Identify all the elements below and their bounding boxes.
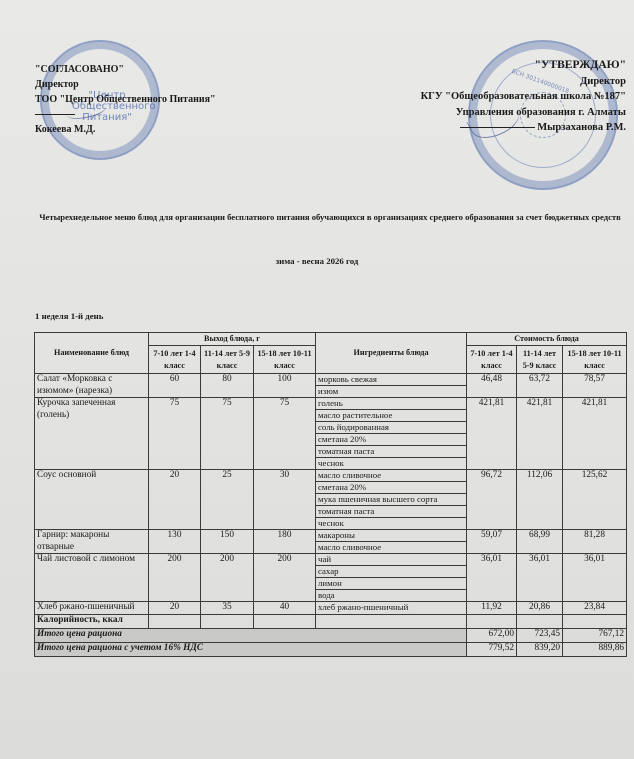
- dish-cost: 68,99: [517, 530, 563, 554]
- dish-cost: 421,81: [517, 398, 563, 470]
- dish-yield: 100: [254, 374, 316, 398]
- approval-approved-block: "УТВЕРЖДАЮ" Директор КГУ "Общеобразовате…: [421, 58, 626, 136]
- total-value: 839,20: [517, 642, 563, 656]
- approved-heading: "УТВЕРЖДАЮ": [421, 58, 626, 74]
- total-row: Итого цена рациона с учетом 16% НДС779,5…: [35, 642, 627, 656]
- total-value: 767,12: [563, 628, 627, 642]
- calories-value: [517, 614, 563, 628]
- dish-cost: 36,01: [467, 554, 517, 602]
- dish-yield: 200: [201, 554, 254, 602]
- total-label: Итого цена рациона: [35, 628, 467, 642]
- document-title: Четырехнедельное меню блюд для организац…: [30, 210, 630, 224]
- ingredient: макароны: [316, 530, 467, 542]
- ingredient: сметана 20%: [316, 482, 467, 494]
- dish-yield: 180: [254, 530, 316, 554]
- ingredient: сметана 20%: [316, 434, 467, 446]
- signature-line: [35, 114, 75, 115]
- dish-yield: 130: [149, 530, 201, 554]
- dish-yield: 25: [201, 470, 254, 530]
- dish-yield: 60: [149, 374, 201, 398]
- calories-value: [467, 614, 517, 628]
- ingredient: мука пшеничная высшего сорта: [316, 494, 467, 506]
- dish-yield: 200: [254, 554, 316, 602]
- dish-cost: 112,06: [517, 470, 563, 530]
- header-yield-group: Выход блюда, г: [149, 333, 316, 346]
- dish-name: Чай листовой с лимоном: [35, 554, 149, 602]
- approved-organization: КГУ "Общеобразовательная школа №187": [421, 89, 626, 105]
- calories-row: Калорийность, ккал: [35, 614, 627, 628]
- dish-yield: 20: [149, 470, 201, 530]
- dish-cost: 20,86: [517, 602, 563, 615]
- agreed-position: Директор: [35, 77, 216, 92]
- document-page: "Центр Общественного Питания" БСН 301140…: [0, 0, 634, 759]
- dish-name: Соус основной: [35, 470, 149, 530]
- ingredient: изюм: [316, 386, 467, 398]
- calories-value: [563, 614, 627, 628]
- ingredient: чеснок: [316, 518, 467, 530]
- menu-table: Наименование блюд Выход блюда, г Ингреди…: [34, 332, 627, 657]
- dish-yield: 75: [201, 398, 254, 470]
- table-row: Чай листовой с лимоном200200200чай36,013…: [35, 554, 627, 566]
- header-cost-age-1: 7-10 лет 1-4 класс: [467, 346, 517, 374]
- table-row: Курочка запеченная (голень)757575голень4…: [35, 398, 627, 410]
- dish-yield: 40: [254, 602, 316, 615]
- table-row: Соус основной202530масло сливочное96,721…: [35, 470, 627, 482]
- ingredient: лимон: [316, 578, 467, 590]
- dish-cost: 421,81: [467, 398, 517, 470]
- header-cost-age-3: 15-18 лет 10-11 класс: [563, 346, 627, 374]
- header-yield-age-3: 15-18 лет 10-11 класс: [254, 346, 316, 374]
- dish-yield: 30: [254, 470, 316, 530]
- dish-yield: 35: [201, 602, 254, 615]
- agreed-name: Кокеева М.Д.: [35, 122, 216, 137]
- header-cost-group: Стоимость блюда: [467, 333, 627, 346]
- calories-value: [201, 614, 254, 628]
- header-dish-name: Наименование блюд: [35, 333, 149, 374]
- day-label: 1 неделя 1-й день: [35, 311, 103, 321]
- menu-table-body: Салат «Морковка с изюмом» (нарезка)60801…: [35, 374, 627, 657]
- approved-department: Управления образования г. Алматы: [421, 105, 626, 121]
- dish-cost: 11,92: [467, 602, 517, 615]
- approved-name: Мырзаханова Р.М.: [537, 122, 626, 133]
- dish-name: Гарнир: макароны отварные: [35, 530, 149, 554]
- ingredient: морковь свежая: [316, 374, 467, 386]
- header-ingredients: Ингредиенты блюда: [316, 333, 467, 374]
- ingredient: чеснок: [316, 458, 467, 470]
- dish-yield: 200: [149, 554, 201, 602]
- calories-value: [149, 614, 201, 628]
- ingredient: масло растительное: [316, 410, 467, 422]
- dish-yield: 80: [201, 374, 254, 398]
- calories-value: [254, 614, 316, 628]
- ingredient: вода: [316, 590, 467, 602]
- ingredient: томатная паста: [316, 446, 467, 458]
- approval-agreed-block: "СОГЛАСОВАНО" Директор ТОО "Центр Общест…: [35, 62, 216, 137]
- signature-line: [460, 127, 535, 128]
- dish-cost: 78,57: [563, 374, 627, 398]
- dish-cost: 63,72: [517, 374, 563, 398]
- total-row: Итого цена рациона672,00723,45767,12: [35, 628, 627, 642]
- header-yield-age-1: 7-10 лет 1-4 класс: [149, 346, 201, 374]
- dish-yield: 75: [254, 398, 316, 470]
- ingredient: хлеб ржано-пшеничный: [316, 602, 467, 615]
- dish-cost: 81,28: [563, 530, 627, 554]
- calories-value: [316, 614, 467, 628]
- dish-name: Хлеб ржано-пшеничный: [35, 602, 149, 615]
- table-row: Гарнир: макароны отварные130150180макаро…: [35, 530, 627, 542]
- dish-name: Курочка запеченная (голень): [35, 398, 149, 470]
- total-value: 723,45: [517, 628, 563, 642]
- dish-cost: 421,81: [563, 398, 627, 470]
- ingredient: масло сливочное: [316, 542, 467, 554]
- agreed-heading: "СОГЛАСОВАНО": [35, 62, 216, 77]
- header-cost-age-2: 11-14 лет 5-9 класс: [517, 346, 563, 374]
- dish-cost: 96,72: [467, 470, 517, 530]
- agreed-organization: ТОО "Центр Общественного Питания": [35, 92, 216, 107]
- table-row: Салат «Морковка с изюмом» (нарезка)60801…: [35, 374, 627, 386]
- total-value: 779,52: [467, 642, 517, 656]
- calories-label: Калорийность, ккал: [35, 614, 149, 628]
- approved-position: Директор: [421, 74, 626, 90]
- ingredient: голень: [316, 398, 467, 410]
- total-value: 672,00: [467, 628, 517, 642]
- ingredient: сахар: [316, 566, 467, 578]
- dish-yield: 75: [149, 398, 201, 470]
- ingredient: масло сливочное: [316, 470, 467, 482]
- ingredient: соль йодированная: [316, 422, 467, 434]
- dish-name: Салат «Морковка с изюмом» (нарезка): [35, 374, 149, 398]
- total-value: 889,86: [563, 642, 627, 656]
- dish-yield: 150: [201, 530, 254, 554]
- dish-cost: 46,48: [467, 374, 517, 398]
- dish-cost: 59,07: [467, 530, 517, 554]
- dish-yield: 20: [149, 602, 201, 615]
- header-yield-age-2: 11-14 лет 5-9 класс: [201, 346, 254, 374]
- dish-cost: 125,62: [563, 470, 627, 530]
- total-label: Итого цена рациона с учетом 16% НДС: [35, 642, 467, 656]
- dish-cost: 23,84: [563, 602, 627, 615]
- dish-cost: 36,01: [517, 554, 563, 602]
- table-row: Хлеб ржано-пшеничный203540хлеб ржано-пше…: [35, 602, 627, 615]
- dish-cost: 36,01: [563, 554, 627, 602]
- ingredient: чай: [316, 554, 467, 566]
- ingredient: томатная паста: [316, 506, 467, 518]
- season-label: зима - весна 2026 год: [0, 256, 634, 266]
